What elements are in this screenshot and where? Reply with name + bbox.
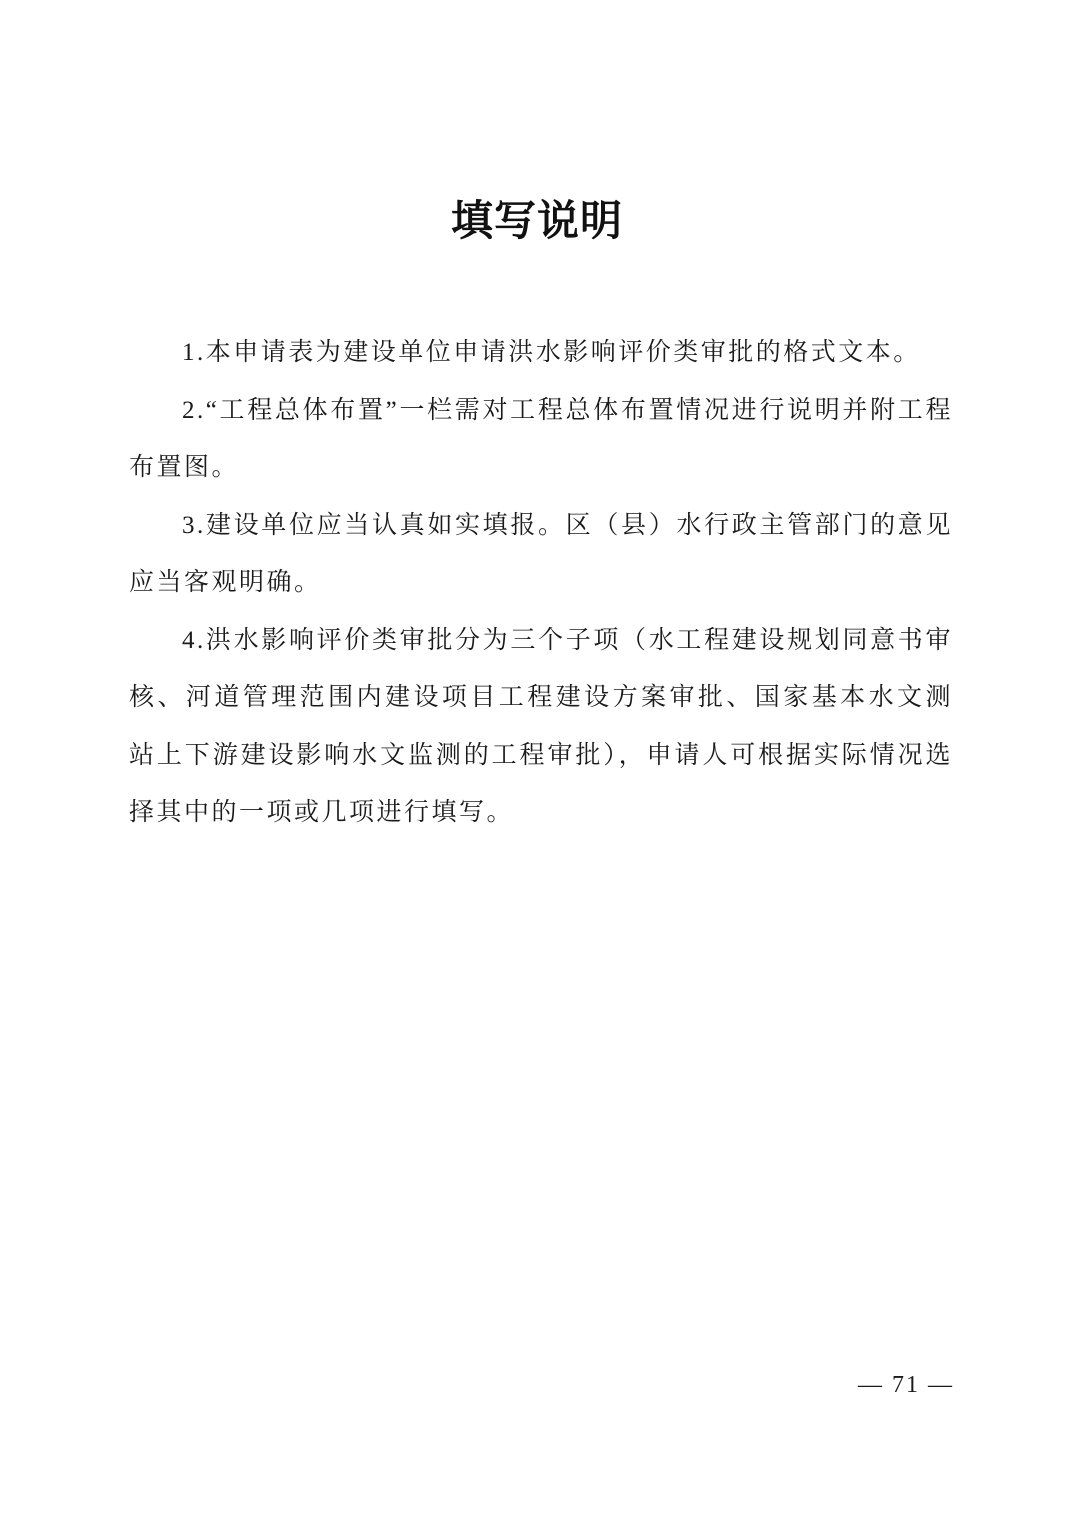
document-body: 1.本申请表为建设单位申请洪水影响评价类审批的格式文本。 2.“工程总体布置”一…: [129, 324, 953, 842]
paragraph-1: 1.本申请表为建设单位申请洪水影响评价类审批的格式文本。: [129, 324, 953, 382]
document-title: 填写说明: [0, 188, 1074, 248]
paragraph-2: 2.“工程总体布置”一栏需对工程总体布置情况进行说明并附工程布置图。: [129, 382, 953, 497]
paragraph-4: 4.洪水影响评价类审批分为三个子项（水工程建设规划同意书审核、河道管理范围内建设…: [129, 612, 953, 842]
paragraph-3: 3.建设单位应当认真如实填报。区（县）水行政主管部门的意见应当客观明确。: [129, 497, 953, 612]
page-number: — 71 —: [858, 1372, 954, 1399]
document-page: 填写说明 1.本申请表为建设单位申请洪水影响评价类审批的格式文本。 2.“工程总…: [0, 0, 1074, 1520]
